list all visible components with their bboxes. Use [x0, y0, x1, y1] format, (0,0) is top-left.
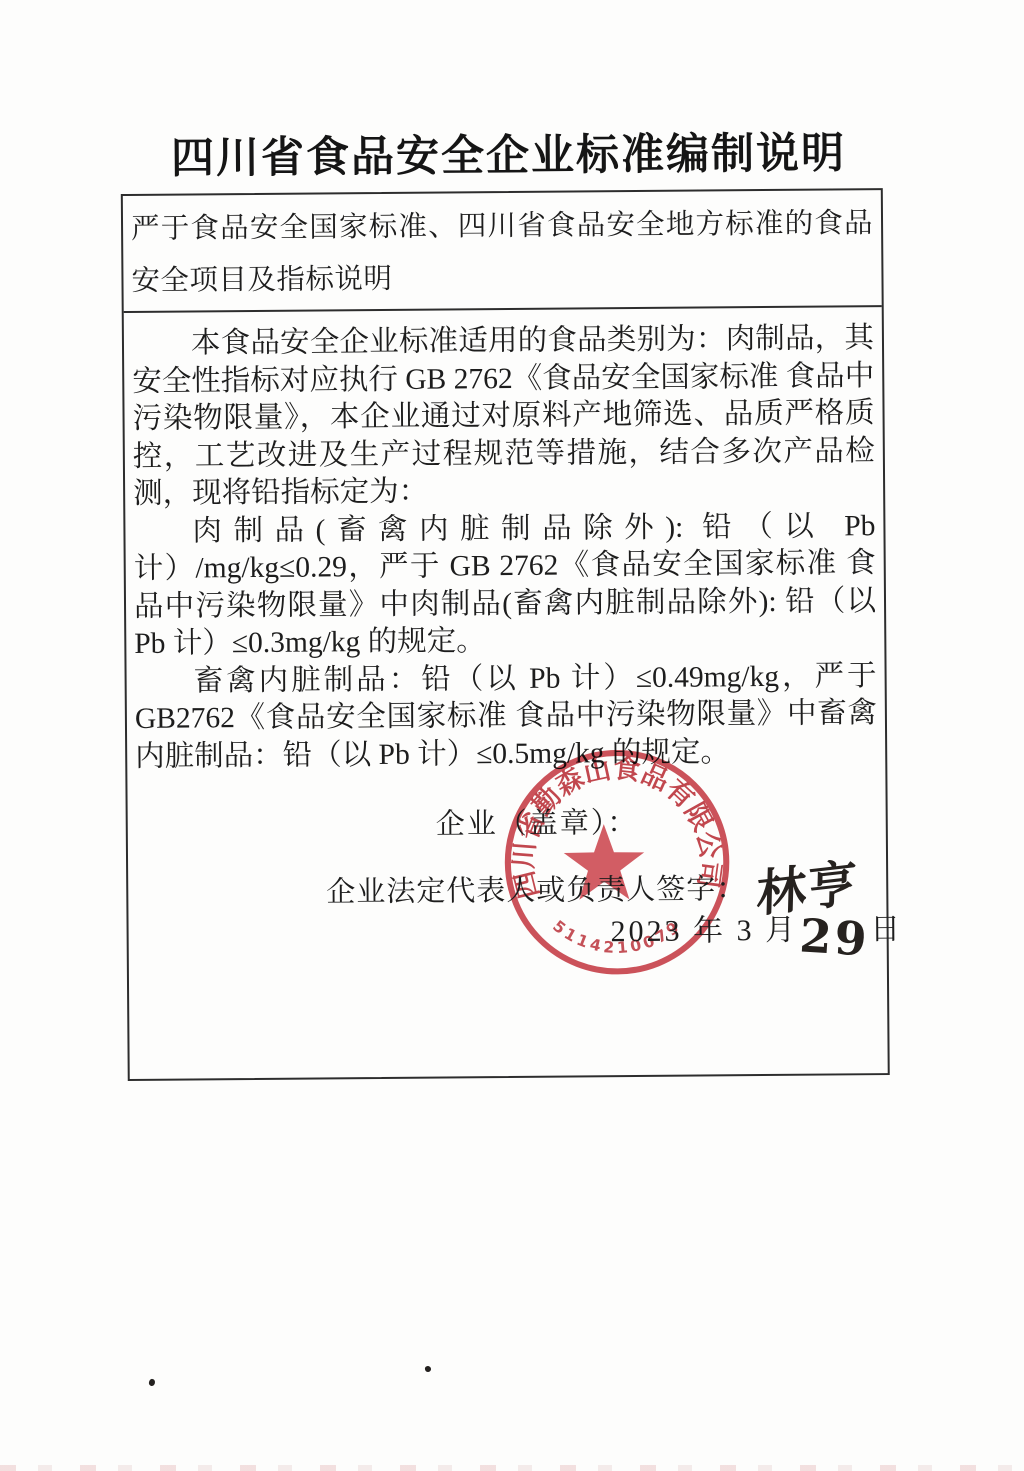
- table-body-cell: 本食品安全企业标准适用的食品类别为：肉制品，其安全性指标对应执行 GB 2762…: [124, 307, 888, 1079]
- scanned-document: { "title": "四川省食品安全企业标准编制说明", "table": {…: [0, 0, 1024, 1471]
- table-header-cell: 严于食品安全国家标准、四川省食品安全地方标准的食品安全项目及指标说明: [123, 190, 882, 313]
- date-printed-prefix: 2023 年 3 月: [610, 914, 798, 948]
- body-paragraph-meat-limit: 肉制品(畜禽内脏制品除外): 铅（以 Pb 计）/mg/kg≤0.29，严于 G…: [133, 508, 876, 664]
- date-suffix: 日: [870, 913, 903, 946]
- date-line: 2023 年 3 月29日: [610, 911, 903, 962]
- body-paragraph-scope: 本食品安全企业标准适用的食品类别为：肉制品，其安全性指标对应执行 GB 2762…: [132, 320, 875, 513]
- representative-signature-label: 企业法定代表人或负责人签字：: [326, 873, 746, 908]
- page-title: 四川省食品安全企业标准编制说明: [0, 118, 1021, 187]
- handwritten-day: 29: [798, 912, 871, 962]
- scan-edge-artifact: [0, 1465, 1024, 1471]
- company-seal-label: 企业（盖章）：: [436, 805, 639, 844]
- standard-explanation-table: 严于食品安全国家标准、四川省食品安全地方标准的食品安全项目及指标说明 本食品安全…: [121, 188, 890, 1081]
- representative-signature-line: 企业法定代表人或负责人签字：林亨: [326, 863, 858, 917]
- document-sheet: 四川省食品安全企业标准编制说明 严于食品安全国家标准、四川省食品安全地方标准的食…: [0, 0, 1024, 1471]
